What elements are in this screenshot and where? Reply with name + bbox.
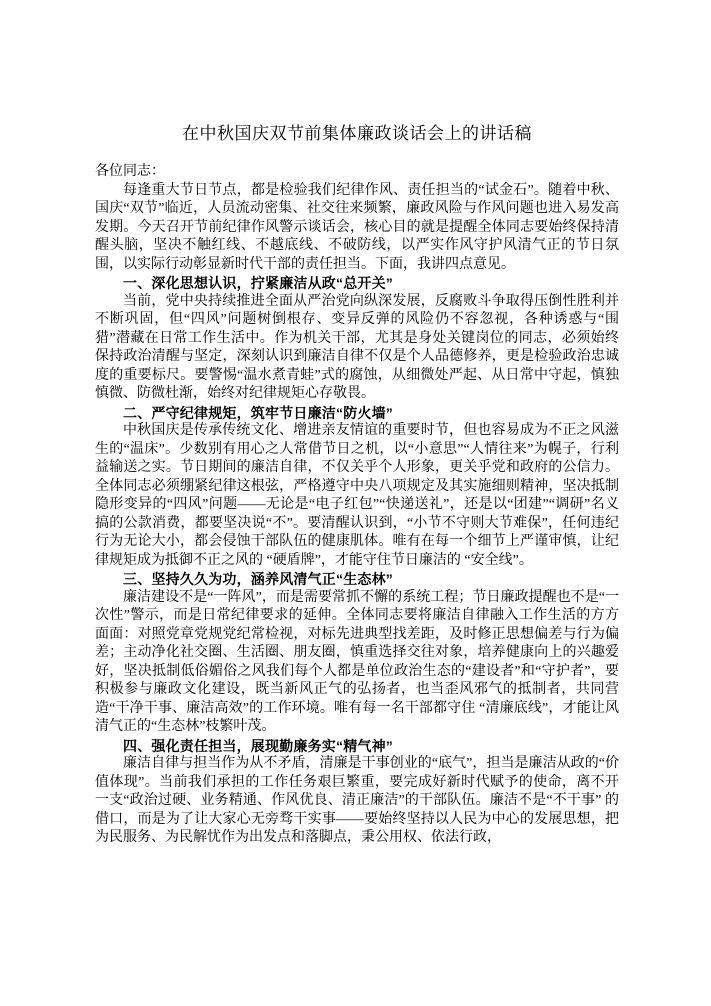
salutation: 各位同志： [95, 163, 619, 182]
section-2-heading: 二、严守纪律规矩，筑牢节日廉洁“防火墙” [95, 404, 619, 423]
section-2-body: 中秋国庆是传承传统文化、增进亲友情谊的重要时节，但也容易成为不正之风滋生的“温床… [95, 422, 619, 570]
section-1-body: 当前，党中央持续推进全面从严治党向纵深发展，反腐败斗争取得压倒性胜利并不断巩固，… [95, 293, 619, 404]
section-3-body: 廉洁建设不是“一阵风”，而是需要常抓不懈的系统工程；节日廉政提醒也不是“一次性”… [95, 589, 619, 737]
document-title: 在中秋国庆双节前集体廉政谈话会上的讲话稿 [95, 123, 619, 144]
section-4-heading: 四、强化责任担当，展现勤廉务实“精气神” [95, 737, 619, 756]
section-3-heading: 三、坚持久久为功，涵养风清气正“生态林” [95, 570, 619, 589]
section-1-heading: 一、深化思想认识，拧紧廉洁从政“总开关” [95, 274, 619, 293]
intro-paragraph: 每逢重大节日节点，都是检验我们纪律作风、责任担当的“试金石”。随着中秋、国庆“双… [95, 182, 619, 275]
section-4-body: 廉洁自律与担当作为从不矛盾，清廉是干事创业的“底气”，担当是廉洁从政的“价值体现… [95, 755, 619, 848]
document-page: 在中秋国庆双节前集体廉政谈话会上的讲话稿 各位同志： 每逢重大节日节点，都是检验… [0, 0, 711, 1006]
